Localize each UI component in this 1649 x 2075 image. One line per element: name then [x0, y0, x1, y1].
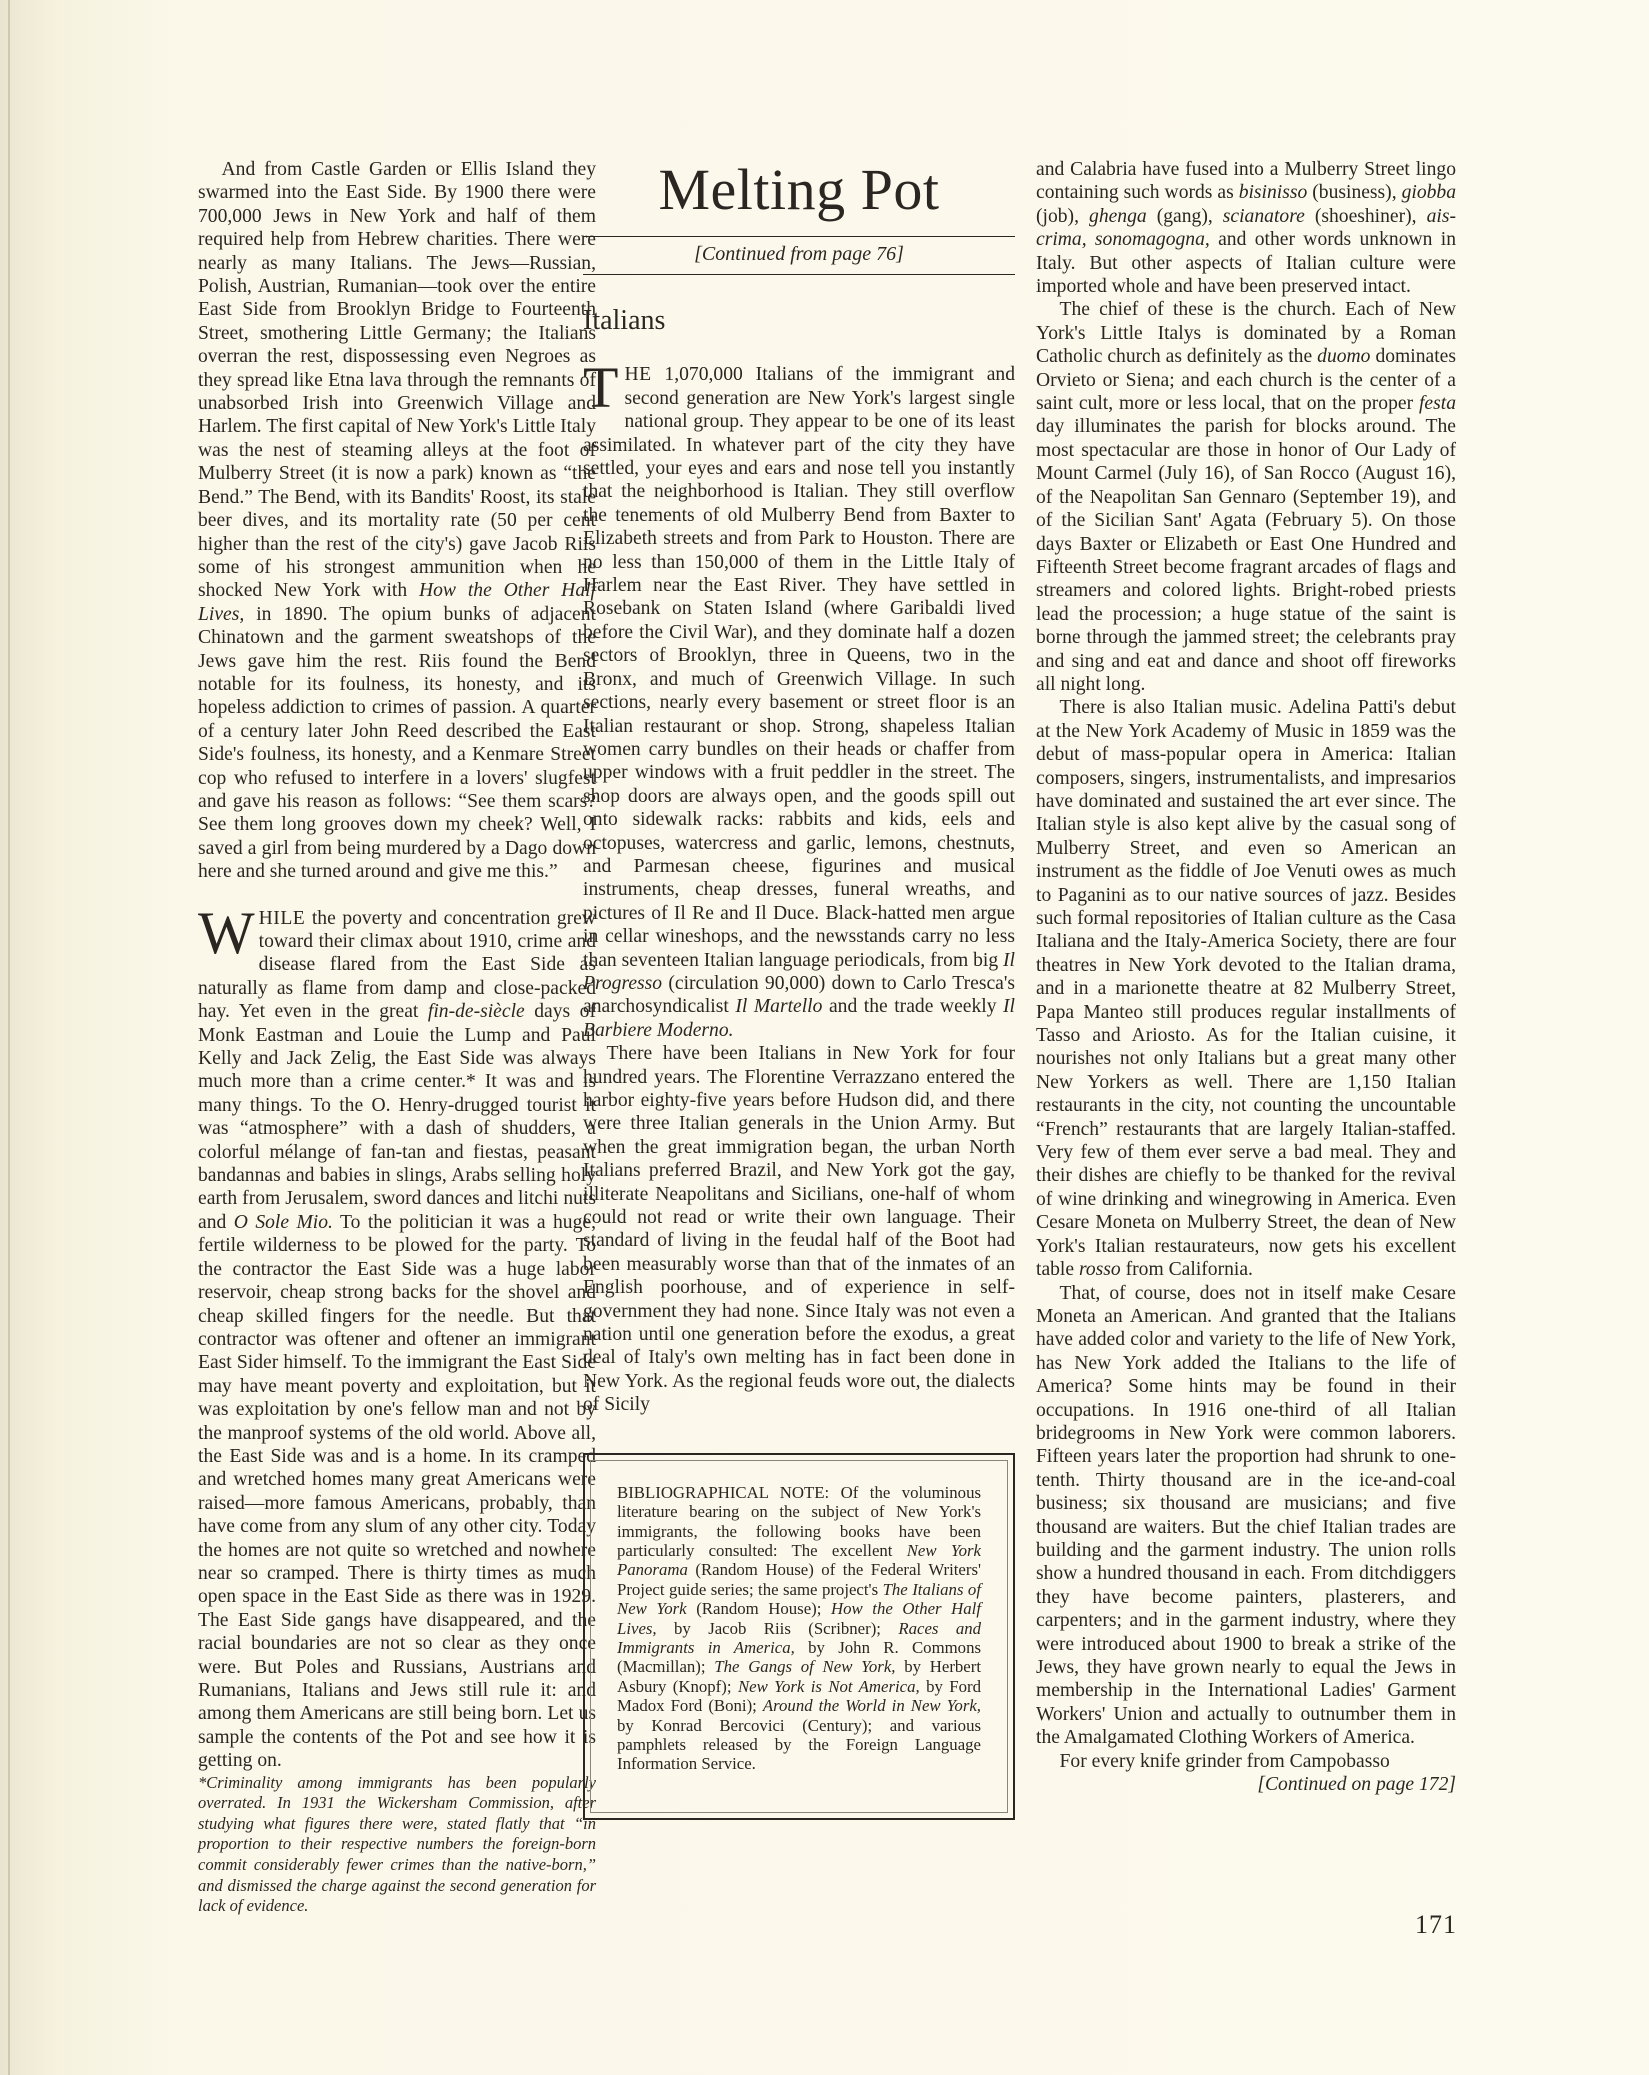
body-paragraph: There have been Italians in New York for…: [583, 1042, 1015, 1417]
body-paragraph: The chief of these is the church. Each o…: [1036, 298, 1456, 696]
drop-cap: T: [583, 365, 618, 411]
title-rule-bottom: [583, 274, 1015, 275]
body-paragraph: That, of course, does not in itself make…: [1036, 1282, 1456, 1750]
bibliographical-note-box: BIBLIOGRAPHICAL NOTE: Of the voluminous …: [583, 1453, 1015, 1820]
column-left: And from Castle Garden or Ellis Island t…: [198, 158, 596, 1917]
magazine-page: And from Castle Garden or Ellis Island t…: [0, 0, 1649, 2075]
body-paragraph: For every knife grinder from Campobasso: [1036, 1750, 1456, 1773]
binding-gutter: [8, 0, 10, 2075]
article-title: Melting Pot: [583, 158, 1015, 222]
body-paragraph: THE 1,070,000 Italians of the immigrant …: [583, 363, 1015, 1042]
page-number: 171: [1415, 1910, 1457, 1940]
body-paragraph: And from Castle Garden or Ellis Island t…: [198, 158, 596, 884]
section-heading: Italians: [583, 305, 1015, 337]
bibliographical-note: BIBLIOGRAPHICAL NOTE: Of the voluminous …: [590, 1460, 1008, 1813]
continued-from-note: [Continued from page 76]: [583, 237, 1015, 274]
body-paragraph: There is also Italian music. Adelina Pat…: [1036, 696, 1456, 1281]
body-paragraph: and Calabria have fused into a Mulberry …: [1036, 158, 1456, 298]
column-right: and Calabria have fused into a Mulberry …: [1036, 158, 1456, 1796]
continued-on-note: [Continued on page 172]: [1036, 1773, 1456, 1796]
drop-cap: W: [198, 909, 255, 957]
footnote: *Criminality among immigrants has been p…: [198, 1773, 596, 1917]
column-center: Melting Pot [Continued from page 76] Ita…: [583, 158, 1015, 1820]
body-paragraph: WHILE the poverty and concentration grew…: [198, 907, 596, 1773]
